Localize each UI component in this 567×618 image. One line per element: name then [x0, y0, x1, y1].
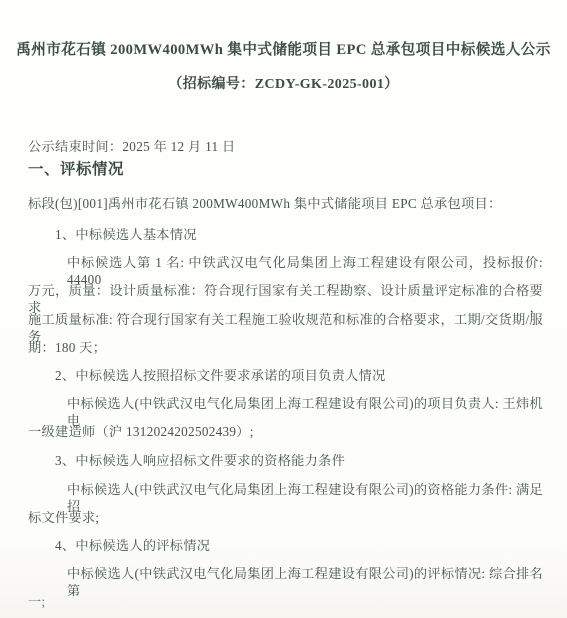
- section-1-heading: 一、评标情况: [28, 161, 543, 178]
- notice-title: 禹州市花石镇 200MW400MWh 集中式储能项目 EPC 总承包项目中标候选…: [0, 42, 567, 59]
- item-4-line-2: 一;: [28, 593, 543, 610]
- lot-line: 标段(包)[001]禹州市花石镇 200MW400MWh 集中式储能项目 EPC…: [28, 195, 543, 212]
- item-1-heading: 1、中标候选人基本情况: [28, 226, 567, 243]
- item-1-line-4: 期：180 天；: [28, 339, 543, 356]
- item-3-line-2: 标文件要求;: [28, 509, 543, 526]
- tender-number: （招标编号：ZCDY-GK-2025-001）: [0, 76, 567, 93]
- item-4-heading: 4、中标候选人的评标情况: [28, 537, 567, 554]
- item-2-line-2: 一级建造师（沪 1312024202502439）;: [28, 423, 543, 440]
- notice-document: 禹州市花石镇 200MW400MWh 集中式储能项目 EPC 总承包项目中标候选…: [0, 0, 567, 618]
- publicity-end-time: 公示结束时间：2025 年 12 月 11 日: [28, 138, 543, 155]
- item-3-heading: 3、中标候选人响应招标文件要求的资格能力条件: [28, 452, 567, 469]
- item-2-heading: 2、中标候选人按照招标文件要求承诺的项目负责人情况: [28, 367, 567, 384]
